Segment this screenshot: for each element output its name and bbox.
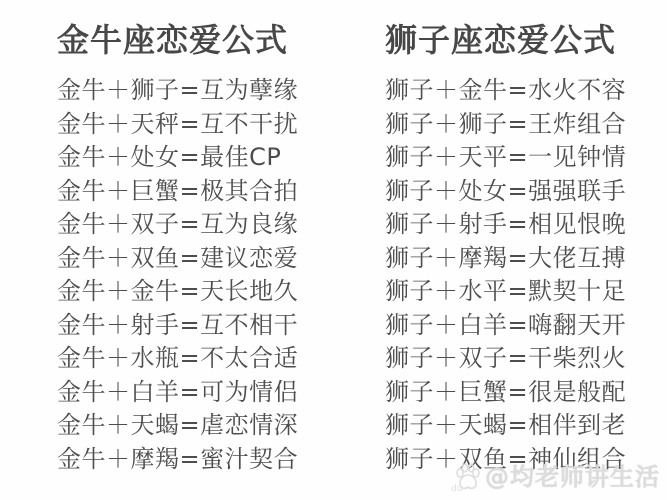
leo-column: 狮子座恋爱公式 狮子＋金牛=水火不容 狮子＋狮子=王炸组合 狮子＋天平=一见钟情…: [385, 20, 667, 476]
formula-row: 狮子＋天蝎=相伴到老: [385, 409, 667, 443]
formula-row: 狮子＋金牛=水火不容: [385, 74, 667, 108]
formula-row: 狮子＋巨蟹=很是般配: [385, 376, 667, 410]
leo-column-title: 狮子座恋爱公式: [385, 20, 667, 60]
formula-row: 金牛＋射手=互不相干: [57, 309, 357, 343]
baidu-paw-icon: du: [453, 462, 483, 492]
formula-row: 金牛＋双鱼=建议恋爱: [57, 242, 357, 276]
formula-row: 狮子＋水平=默契十足: [385, 275, 667, 309]
formula-row: 狮子＋狮子=王炸组合: [385, 108, 667, 142]
formula-row: 金牛＋摩羯=蜜汁契合: [57, 443, 357, 477]
formula-row: 狮子＋处女=强强联手: [385, 175, 667, 209]
formula-row: 狮子＋摩羯=大佬互搏: [385, 242, 667, 276]
formula-row: 狮子＋天平=一见钟情: [385, 141, 667, 175]
formula-row: 狮子＋双子=干柴烈火: [385, 342, 667, 376]
formula-row: 金牛＋巨蟹=极其合拍: [57, 175, 357, 209]
formula-row: 金牛＋处女=最佳CP: [57, 141, 357, 175]
formula-row: 金牛＋水瓶=不太合适: [57, 342, 357, 376]
formula-row: 金牛＋金牛=天长地久: [57, 275, 357, 309]
formula-row: 金牛＋双子=互为良缘: [57, 208, 357, 242]
watermark-text: @均老师讲生活: [485, 462, 660, 492]
formula-row: 金牛＋天蝎=虐恋情深: [57, 409, 357, 443]
watermark: du @均老师讲生活: [453, 462, 660, 492]
formula-row: 狮子＋射手=相见恨晚: [385, 208, 667, 242]
leo-formula-list: 狮子＋金牛=水火不容 狮子＋狮子=王炸组合 狮子＋天平=一见钟情 狮子＋处女=强…: [385, 74, 667, 476]
formula-row: 金牛＋白羊=可为情侣: [57, 376, 357, 410]
formula-row: 金牛＋狮子=互为孽缘: [57, 74, 357, 108]
baidu-du-label: du: [451, 485, 462, 494]
taurus-column: 金牛座恋爱公式 金牛＋狮子=互为孽缘 金牛＋天秤=互不干扰 金牛＋处女=最佳CP…: [57, 20, 357, 476]
formula-row: 狮子＋白羊=嗨翻天开: [385, 309, 667, 343]
zodiac-formula-page: 金牛座恋爱公式 金牛＋狮子=互为孽缘 金牛＋天秤=互不干扰 金牛＋处女=最佳CP…: [0, 0, 667, 500]
taurus-column-title: 金牛座恋爱公式: [57, 20, 357, 60]
taurus-formula-list: 金牛＋狮子=互为孽缘 金牛＋天秤=互不干扰 金牛＋处女=最佳CP 金牛＋巨蟹=极…: [57, 74, 357, 476]
formula-row: 金牛＋天秤=互不干扰: [57, 108, 357, 142]
